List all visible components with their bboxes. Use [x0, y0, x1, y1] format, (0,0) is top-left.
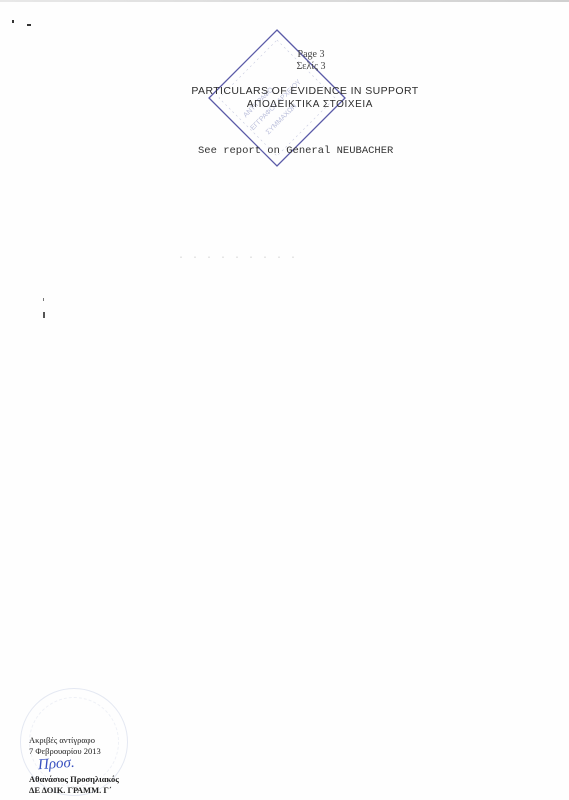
certified-copy-label: Ακριβές αντίγραφο: [29, 735, 119, 746]
scan-speck: [27, 24, 31, 26]
scan-speck: [12, 20, 14, 23]
heading-english: PARTICULARS OF EVIDENCE IN SUPPORT: [190, 85, 420, 97]
scan-speck: [43, 298, 44, 301]
page-number-gr: Σελίς 3: [281, 61, 341, 73]
page-number-en: Page 3: [281, 49, 341, 61]
evidence-reference: See report on General NEUBACHER: [198, 145, 393, 157]
faint-bleedthrough-text: · · · · · · · · ·: [178, 253, 297, 264]
page-number: Page 3 Σελίς 3: [281, 49, 341, 73]
scan-edge: [0, 0, 569, 2]
signatory-title: ΔΕ ΔΟΙΚ. ΓΡΑΜΜ. Γ΄: [29, 785, 119, 796]
scanned-page: ΑΝΤΙΓΡΑΦΟ ΕΓΓΡΑΦΟΥ ΑΡΧΕΙΟΥ ΣΥΜΜΑΧΩΝ Page…: [0, 0, 569, 800]
heading-greek: ΑΠΟΔΕΙΚΤΙΚΑ ΣΤΟΙΧΕΙΑ: [240, 99, 380, 110]
signatory-name: Αθανάσιος Προσηλιακός: [29, 774, 119, 785]
scan-speck: [43, 312, 45, 318]
handwritten-signature: Προσ.: [37, 755, 75, 775]
